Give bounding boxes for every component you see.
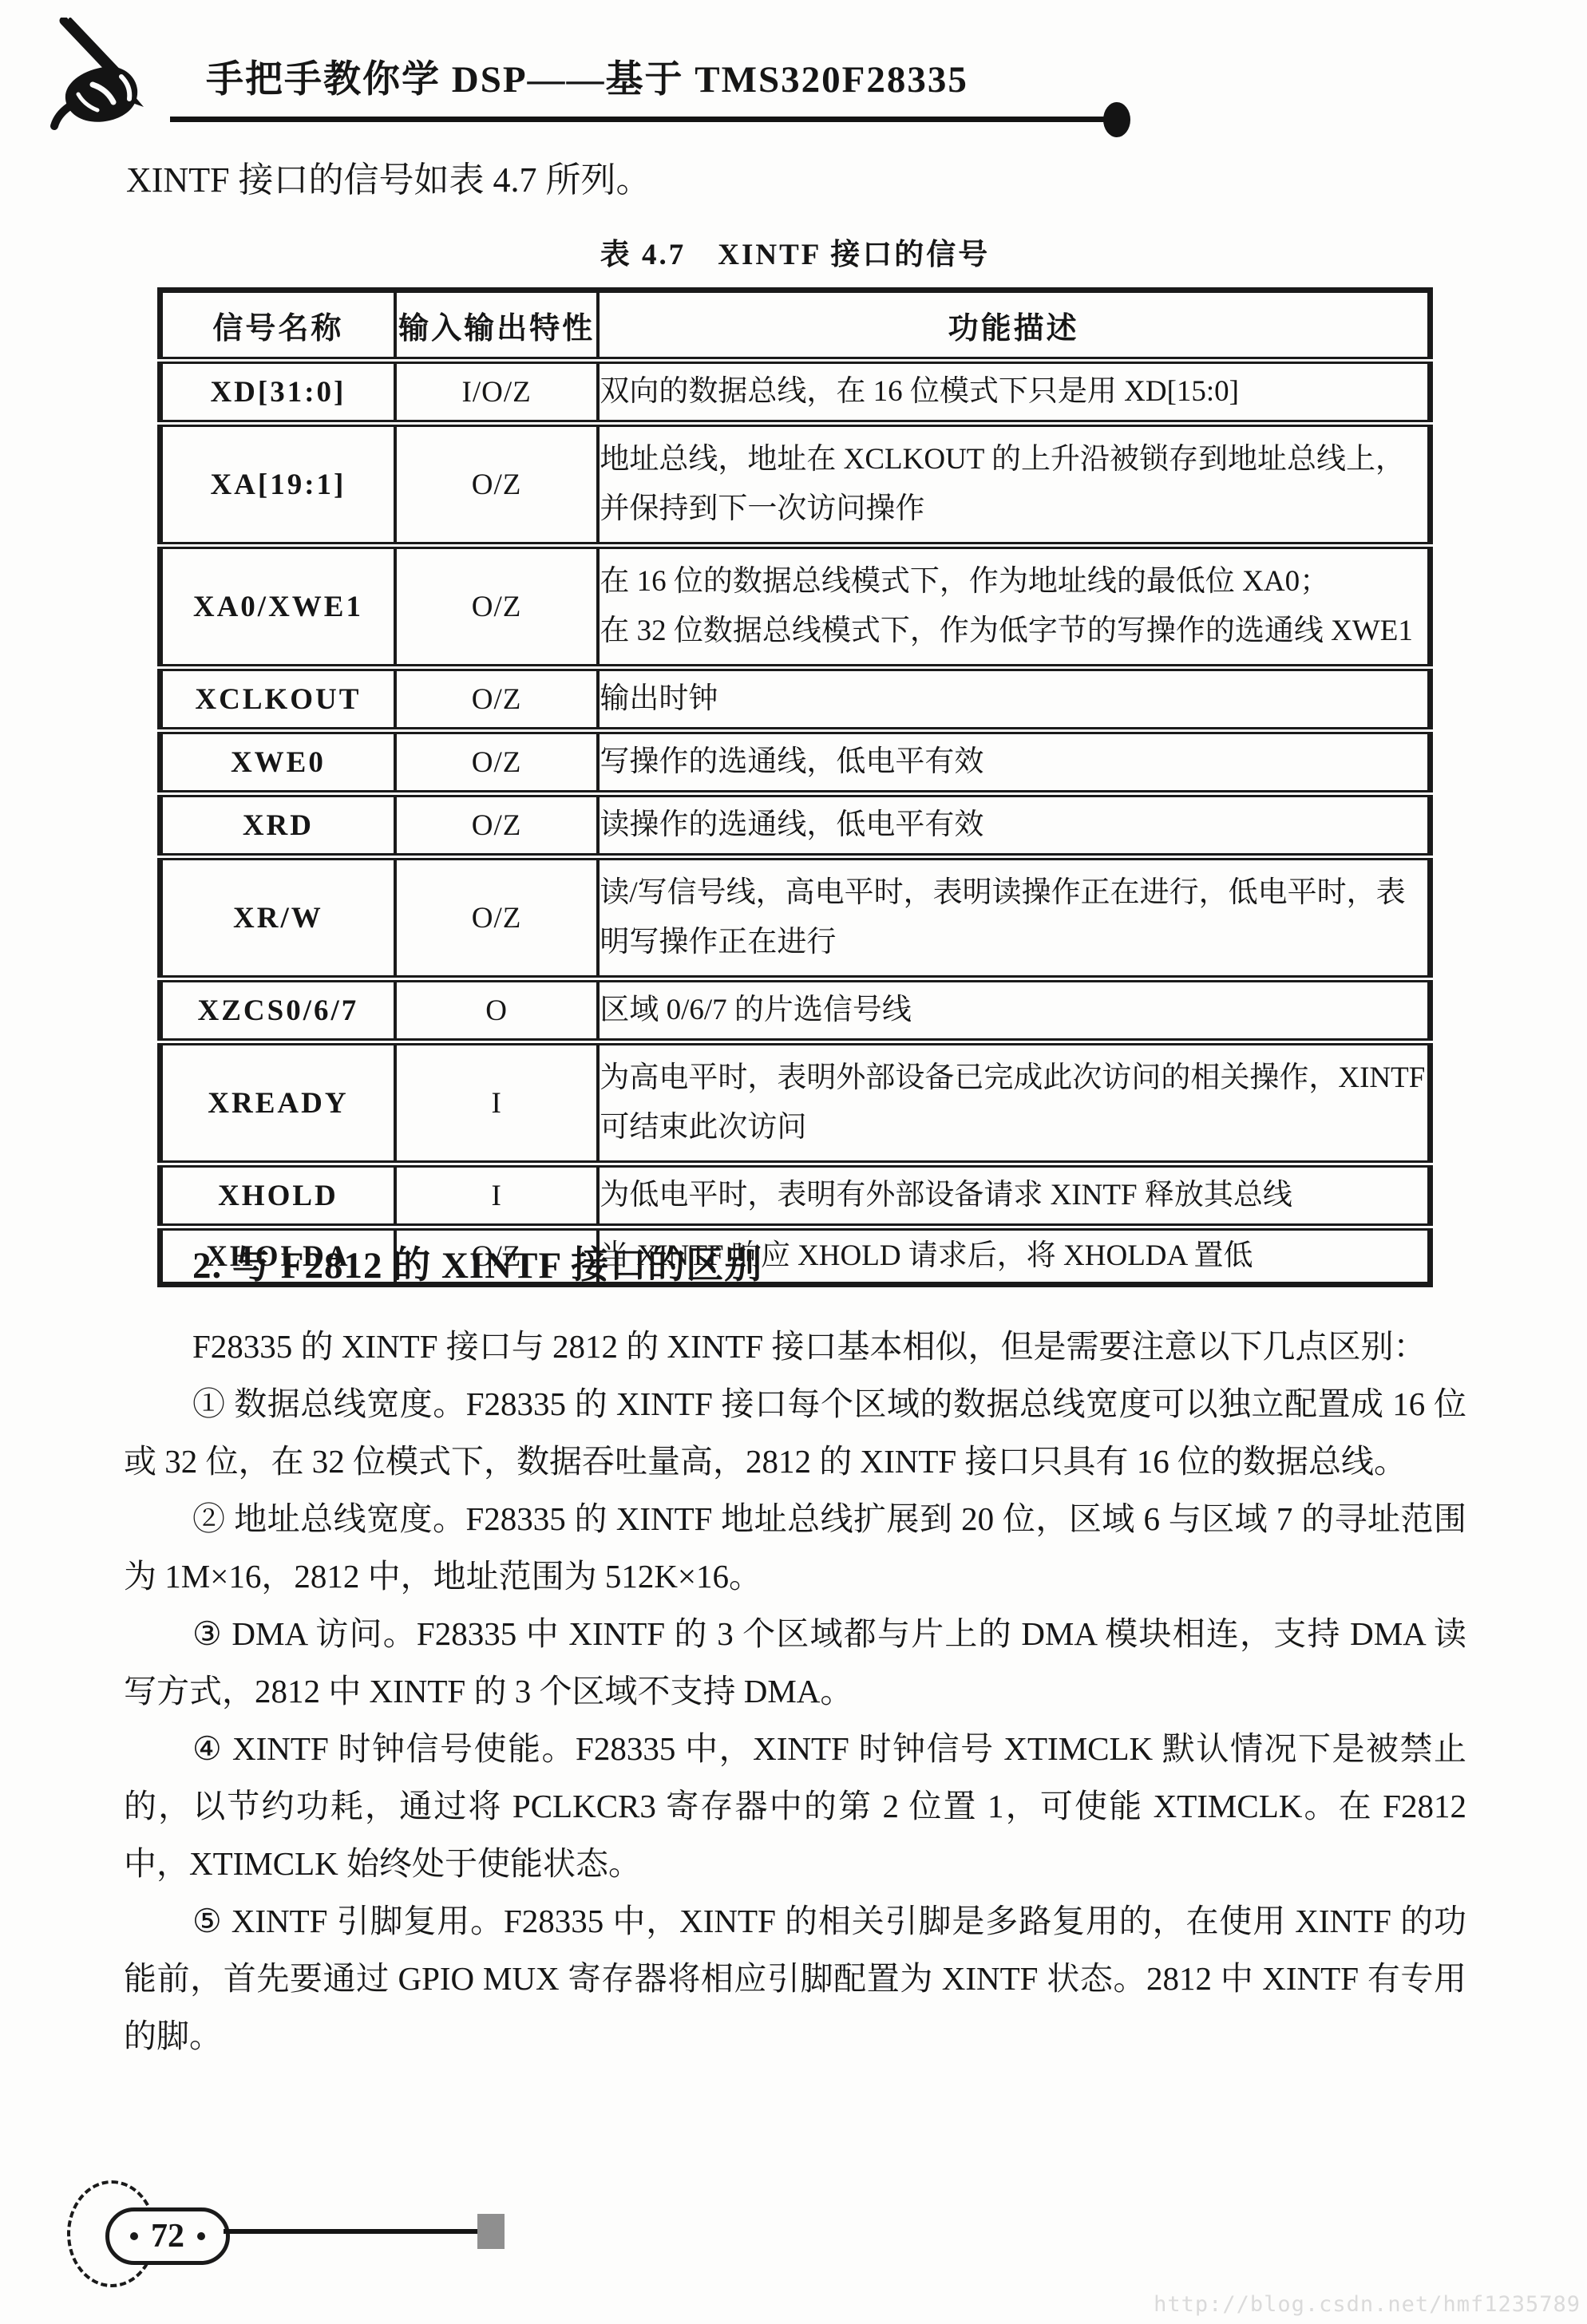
badge-left-dot [130,2232,138,2240]
paragraph: ⑤ XINTF 引脚复用。F28335 中，XINTF 的相关引脚是多路复用的，… [124,1892,1466,2065]
intro-text: XINTF 接口的信号如表 4.7 所列。 [126,156,1467,204]
table-row: XA0/XWE1 O/Z 在 16 位的数据总线模式下，作为地址线的最低位 XA… [160,546,1431,668]
signal-name-cell: XA0/XWE1 [160,546,395,668]
header-rule-end-dot [1103,102,1130,137]
signal-name-cell: XZCS0/6/7 [160,979,395,1042]
io-type-cell: O [395,979,599,1042]
description-cell: 在 16 位的数据总线模式下，作为地址线的最低位 XA0； 在 32 位数据总线… [598,546,1430,668]
header-rule [170,117,1112,122]
io-type-cell: O/Z [395,731,599,794]
footer-line-end-square [477,2214,505,2249]
table-row: XCLKOUT O/Z 输出时钟 [160,668,1431,731]
paragraph: F28335 的 XINTF 接口与 2812 的 XINTF 接口基本相似，但… [124,1318,1466,1375]
signals-table: 信号名称 输入输出特性 功能描述 XD[31:0] I/O/Z 双向的数据总线，… [157,287,1433,1287]
io-type-cell: I [395,1042,599,1164]
description-cell: 输出时钟 [598,668,1430,731]
col-header-signal-name: 信号名称 [160,290,395,361]
description-cell: 写操作的选通线，低电平有效 [598,731,1430,794]
table-row: XRD O/Z 读操作的选通线，低电平有效 [160,794,1431,857]
description-cell: 读/写信号线，高电平时，表明读操作正在进行，低电平时，表明写操作正在进行 [598,857,1430,979]
io-type-cell: I [395,1164,599,1227]
signal-name-cell: XCLKOUT [160,668,395,731]
signal-name-cell: XD[31:0] [160,361,395,424]
description-cell: 读操作的选通线，低电平有效 [598,794,1430,857]
signal-name-cell: XWE0 [160,731,395,794]
signal-name-cell: XR/W [160,857,395,979]
paragraph: ① 数据总线宽度。F28335 的 XINTF 接口每个区域的数据总线宽度可以独… [124,1375,1466,1490]
table-row: XZCS0/6/7 O 区域 0/6/7 的片选信号线 [160,979,1431,1042]
description-cell: 地址总线，地址在 XCLKOUT 的上升沿被锁存到地址总线上，并保持到下一次访问… [598,424,1430,546]
signal-name-cell: XREADY [160,1042,395,1164]
table-row: XA[19:1] O/Z 地址总线，地址在 XCLKOUT 的上升沿被锁存到地址… [160,424,1431,546]
description-cell: 为高电平时，表明外部设备已完成此次访问的相关操作，XINTF 可结束此次访问 [598,1042,1430,1164]
paragraph: ③ DMA 访问。F28335 中 XINTF 的 3 个区域都与片上的 DMA… [124,1605,1466,1720]
badge-right-dot [197,2232,205,2240]
signal-name-cell: XRD [160,794,395,857]
description-cell: 双向的数据总线，在 16 位模式下只是用 XD[15:0] [598,361,1430,424]
table-row: XWE0 O/Z 写操作的选通线，低电平有效 [160,731,1431,794]
table-header-row: 信号名称 输入输出特性 功能描述 [160,290,1431,361]
description-cell: 为低电平时，表明有外部设备请求 XINTF 释放其总线 [598,1164,1430,1227]
table-caption: 表 4.7 XINTF 接口的信号 [157,230,1433,273]
io-type-cell: O/Z [395,668,599,731]
page-number: 72 [151,2217,184,2255]
io-type-cell: O/Z [395,857,599,979]
io-type-cell: I/O/Z [395,361,599,424]
col-header-function-desc: 功能描述 [598,290,1430,361]
book-page: 手把手教你学 DSP——基于 TMS320F28335 XINTF 接口的信号如… [0,0,1587,2324]
book-title: 手把手教你学 DSP——基于 TMS320F28335 [206,49,968,103]
paragraph: ④ XINTF 时钟信号使能。F28335 中，XINTF 时钟信号 XTIMC… [124,1720,1466,1892]
footer-line [224,2229,481,2234]
signal-name-cell: XA[19:1] [160,424,395,546]
io-type-cell: O/Z [395,424,599,546]
io-type-cell: O/Z [395,794,599,857]
col-header-io-type: 输入输出特性 [395,290,599,361]
table-row: XREADY I 为高电平时，表明外部设备已完成此次访问的相关操作，XINTF … [160,1042,1431,1164]
description-cell: 区域 0/6/7 的片选信号线 [598,979,1430,1042]
watermark-url: http://blog.csdn.net/hmf1235789 [1154,2292,1581,2317]
page-number-badge: 72 [105,2207,230,2265]
table-row: XHOLD I 为低电平时，表明有外部设备请求 XINTF 释放其总线 [160,1164,1431,1227]
paragraph: ② 地址总线宽度。F28335 的 XINTF 地址总线扩展到 20 位，区域 … [124,1490,1466,1605]
section-differences: 2. 与 F2812 的 XINTF 接口的区别 F28335 的 XINTF … [124,1235,1466,2065]
io-type-cell: O/Z [395,546,599,668]
signal-name-cell: XHOLD [160,1164,395,1227]
section-heading: 2. 与 F2812 的 XINTF 接口的区别 [124,1235,1466,1289]
pen-hand-icon [46,18,190,137]
table-row: XR/W O/Z 读/写信号线，高电平时，表明读操作正在进行，低电平时，表明写操… [160,857,1431,979]
table-row: XD[31:0] I/O/Z 双向的数据总线，在 16 位模式下只是用 XD[1… [160,361,1431,424]
